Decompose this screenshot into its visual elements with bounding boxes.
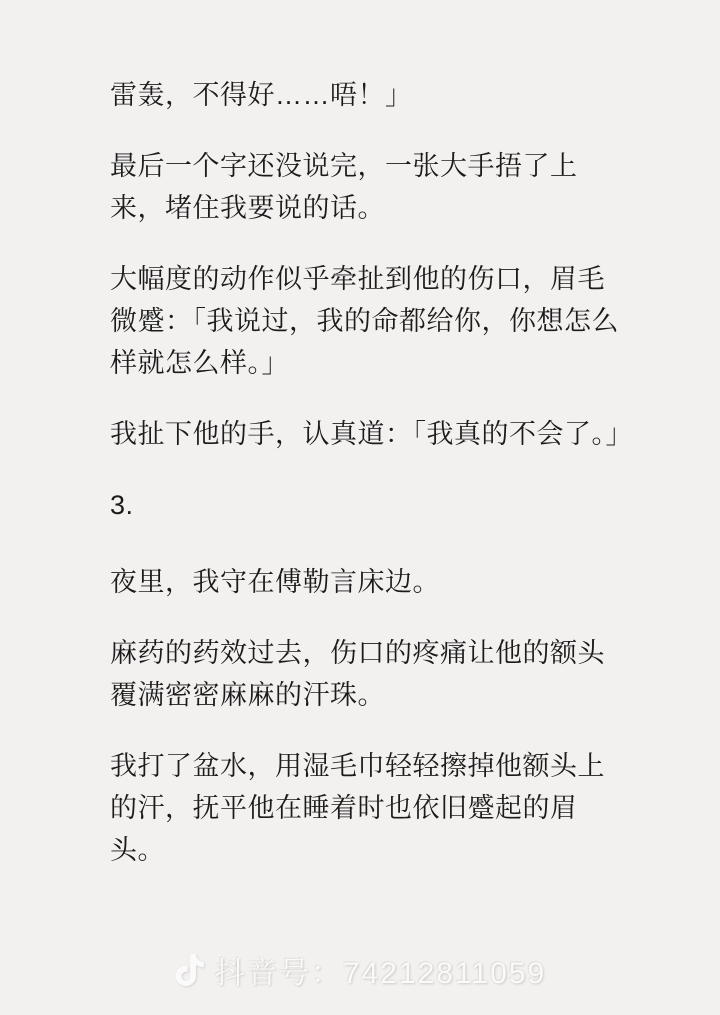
paragraph: 我扯下他的手，认真道：「我真的不会了。」: [110, 413, 624, 455]
douyin-note-icon: [174, 954, 206, 986]
paragraph: 麻药的药效过去，伤口的疼痛让他的额头覆满密密麻麻的汗珠。: [110, 632, 624, 716]
novel-text-body: 雷轰，不得好……唔！」 最后一个字还没说完，一张大手捂了上来，堵住我要说的话。 …: [110, 74, 624, 900]
paragraph: 大幅度的动作似乎牵扯到他的伤口，眉毛微蹙：「我说过，我的命都给你，你想怎么样就怎…: [110, 258, 624, 384]
paragraph: 最后一个字还没说完，一张大手捂了上来，堵住我要说的话。: [110, 145, 624, 229]
douyin-watermark: 抖音号：74212811059: [174, 948, 546, 992]
section-number: 3.: [110, 484, 624, 526]
douyin-id-text: 抖音号：74212811059: [215, 948, 546, 992]
paragraph-dialog-end: 雷轰，不得好……唔！」: [110, 74, 624, 116]
paragraph: 夜里，我守在傅勒言床边。: [110, 561, 624, 603]
novel-page: 雷轰，不得好……唔！」 最后一个字还没说完，一张大手捂了上来，堵住我要说的话。 …: [0, 0, 720, 1015]
paragraph: 我打了盆水，用湿毛巾轻轻擦掉他额头上的汗，抚平他在睡着时也依旧蹙起的眉头。: [110, 745, 624, 871]
